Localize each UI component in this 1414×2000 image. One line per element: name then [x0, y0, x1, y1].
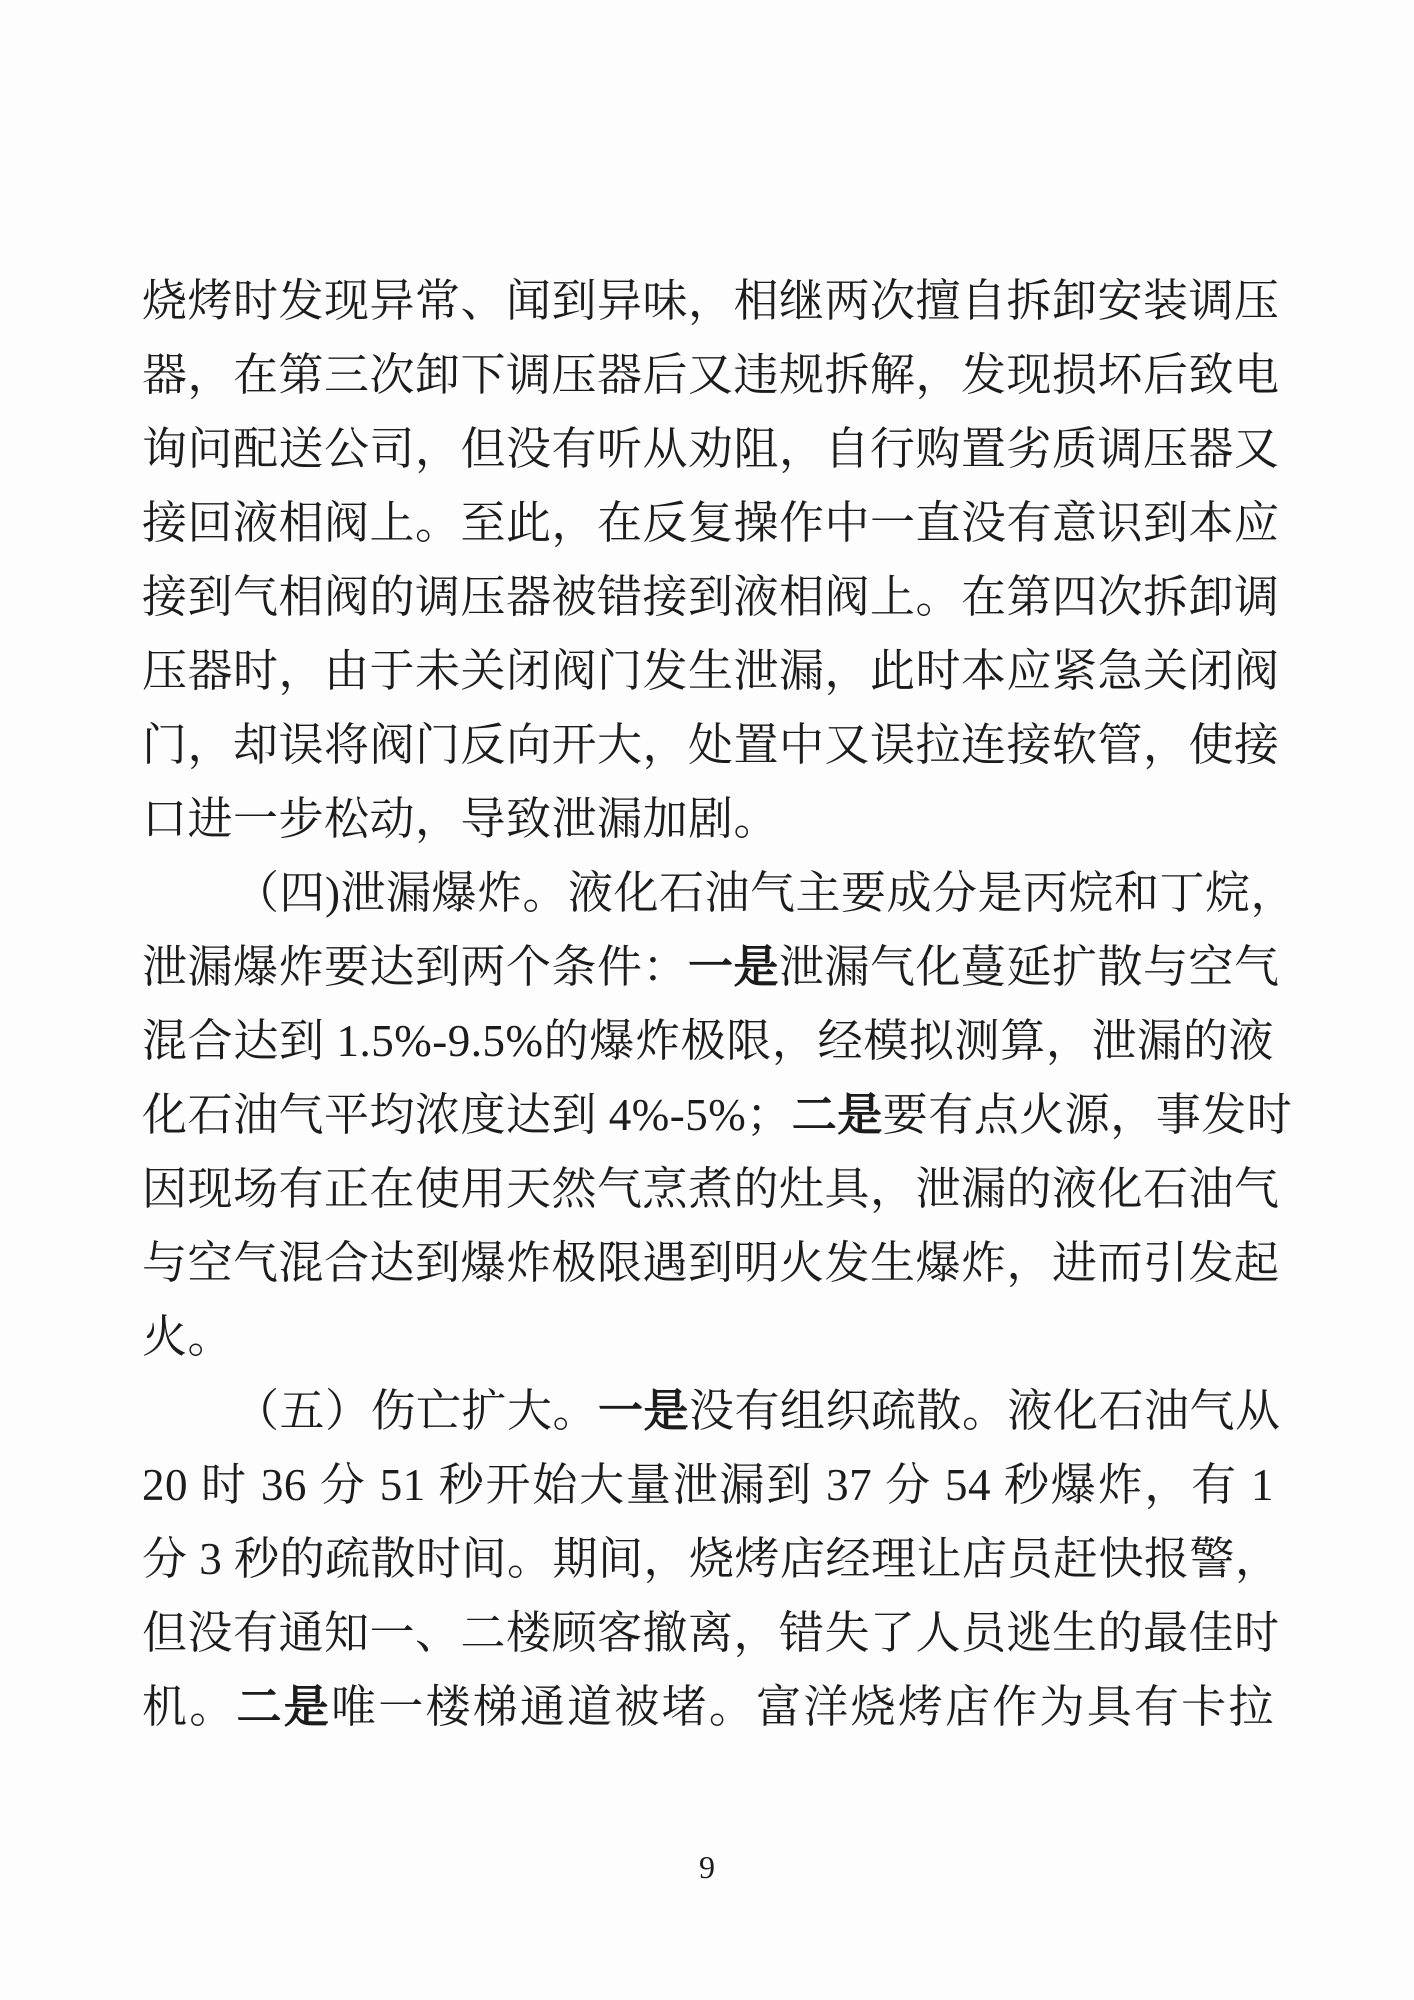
text-line: 与空气混合达到爆炸极限遇到明火发生爆炸，进而引发起: [142, 1226, 1274, 1300]
text-line: （五）伤亡扩大。一是没有组织疏散。液化石油气从: [142, 1374, 1274, 1448]
body-text: 接到气相阀的调压器被错接到液相阀上。在第四次拆卸调: [142, 572, 1280, 622]
body-text: 门，却误将阀门反向开大，处置中又误拉连接软管，使接: [142, 720, 1280, 770]
text-line: 火。: [142, 1300, 1274, 1374]
body-text: 没有组织疏散。液化石油气从: [689, 1386, 1281, 1436]
text-line: 机。二是唯一楼梯通道被堵。富洋烧烤店作为具有卡拉: [142, 1670, 1274, 1744]
body-text: 因现场有正在使用天然气烹煮的灶具，泄漏的液化石油气: [142, 1164, 1280, 1214]
body-text: 泄漏气化蔓延扩散与空气: [779, 942, 1280, 992]
text-line: 但没有通知一、二楼顾客撤离，错失了人员逃生的最佳时: [142, 1596, 1274, 1670]
body-text: 压器时，由于未关闭阀门发生泄漏，此时本应紧急关闭阀: [142, 646, 1280, 696]
body-text: 泄漏爆炸要达到两个条件：: [142, 942, 688, 992]
body-text: 烧烤时发现异常、闻到异味，相继两次擅自拆卸安装调压: [142, 276, 1280, 326]
emphasis-text: 二是: [792, 1089, 883, 1140]
text-line: 口进一步松动，导致泄漏加剧。: [142, 782, 1274, 856]
emphasis-text: 二是: [236, 1681, 330, 1732]
text-line: 压器时，由于未关闭阀门发生泄漏，此时本应紧急关闭阀: [142, 634, 1274, 708]
body-text: 要有点火源，事发时: [883, 1090, 1293, 1140]
emphasis-text: 一是: [688, 941, 779, 992]
text-line: 询问配送公司，但没有听从劝阻，自行购置劣质调压器又: [142, 412, 1274, 486]
body-text: 化石油气平均浓度达到 4%-5%；: [142, 1090, 792, 1140]
body-text: 20 时 36 分 51 秒开始大量泄漏到 37 分 54 秒爆炸，有 1: [142, 1460, 1274, 1510]
page-number: 9: [0, 1845, 1414, 1889]
text-line: 因现场有正在使用天然气烹煮的灶具，泄漏的液化石油气: [142, 1152, 1274, 1226]
text-line: 化石油气平均浓度达到 4%-5%；二是要有点火源，事发时: [142, 1078, 1274, 1152]
body-text: 但没有通知一、二楼顾客撤离，错失了人员逃生的最佳时: [142, 1608, 1280, 1658]
document-body: 烧烤时发现异常、闻到异味，相继两次擅自拆卸安装调压器，在第三次卸下调压器后又违规…: [142, 264, 1274, 1744]
text-line: 泄漏爆炸要达到两个条件：一是泄漏气化蔓延扩散与空气: [142, 930, 1274, 1004]
body-text: （四)泄漏爆炸。液化石油气主要成分是丙烷和丁烷，: [234, 868, 1296, 918]
body-text: 机。: [142, 1682, 236, 1732]
body-text: 器，在第三次卸下调压器后又违规拆解，发现损坏后致电: [142, 350, 1280, 400]
text-line: 器，在第三次卸下调压器后又违规拆解，发现损坏后致电: [142, 338, 1274, 412]
body-text: 与空气混合达到爆炸极限遇到明火发生爆炸，进而引发起: [142, 1238, 1280, 1288]
body-text: 唯一楼梯通道被堵。富洋烧烤店作为具有卡拉: [331, 1682, 1274, 1732]
body-text: （五）伤亡扩大。: [234, 1386, 598, 1436]
text-line: 接回液相阀上。至此，在反复操作中一直没有意识到本应: [142, 486, 1274, 560]
emphasis-text: 一是: [598, 1385, 689, 1436]
body-text: 接回液相阀上。至此，在反复操作中一直没有意识到本应: [142, 498, 1280, 548]
body-text: 口进一步松动，导致泄漏加剧。: [142, 794, 779, 844]
text-line: 烧烤时发现异常、闻到异味，相继两次擅自拆卸安装调压: [142, 264, 1274, 338]
text-line: 20 时 36 分 51 秒开始大量泄漏到 37 分 54 秒爆炸，有 1: [142, 1448, 1274, 1522]
text-line: 门，却误将阀门反向开大，处置中又误拉连接软管，使接: [142, 708, 1274, 782]
text-line: （四)泄漏爆炸。液化石油气主要成分是丙烷和丁烷，: [142, 856, 1274, 930]
body-text: 分 3 秒的疏散时间。期间，烧烤店经理让店员赶快报警，: [142, 1534, 1281, 1584]
body-text: 混合达到 1.5%-9.5%的爆炸极限，经模拟测算，泄漏的液: [142, 1016, 1274, 1066]
document-page: 烧烤时发现异常、闻到异味，相继两次擅自拆卸安装调压器，在第三次卸下调压器后又违规…: [0, 0, 1414, 2000]
body-text: 询问配送公司，但没有听从劝阻，自行购置劣质调压器又: [142, 424, 1280, 474]
body-text: 火。: [142, 1312, 233, 1362]
text-line: 分 3 秒的疏散时间。期间，烧烤店经理让店员赶快报警，: [142, 1522, 1274, 1596]
text-line: 混合达到 1.5%-9.5%的爆炸极限，经模拟测算，泄漏的液: [142, 1004, 1274, 1078]
text-line: 接到气相阀的调压器被错接到液相阀上。在第四次拆卸调: [142, 560, 1274, 634]
